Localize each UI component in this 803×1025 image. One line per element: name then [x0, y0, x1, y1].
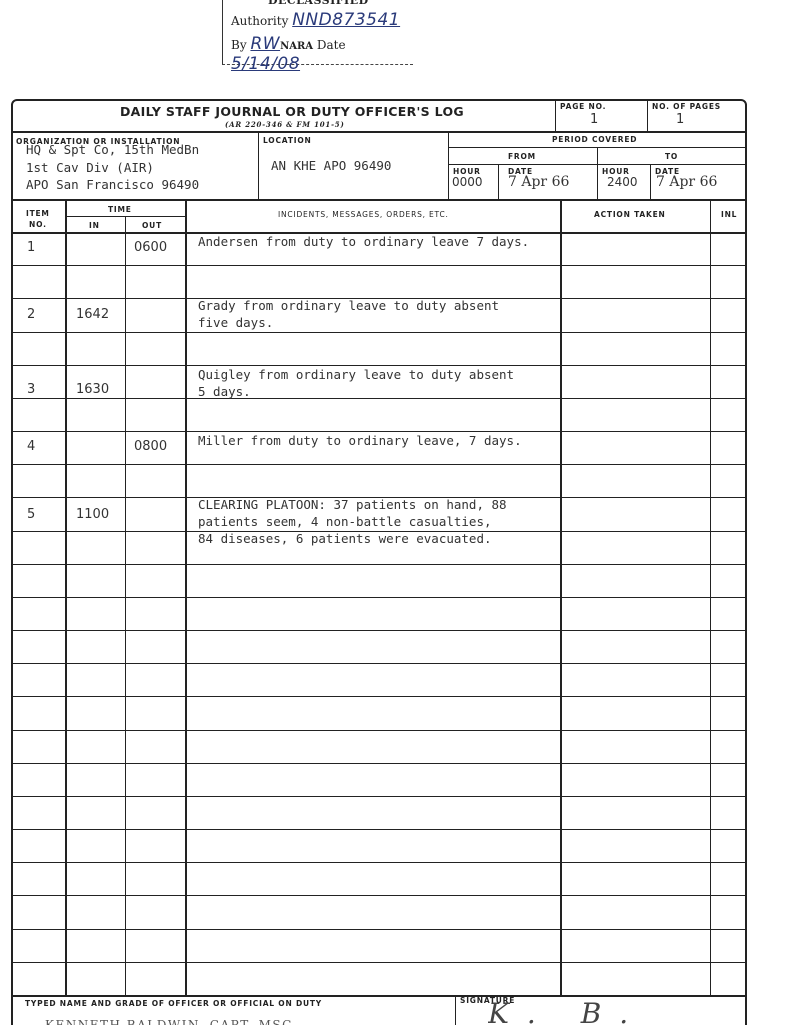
header-out: OUT [142, 221, 162, 230]
entry-1-out: 0600 [134, 240, 167, 255]
table-row-line [11, 763, 747, 764]
to-label: TO [665, 152, 678, 161]
by-label: By [231, 38, 247, 52]
entry-2-text-line-1: Grady from ordinary leave to duty absent [198, 297, 499, 314]
entry-3-text-line-2: 5 days. [198, 383, 251, 400]
num-pages-value: 1 [676, 112, 684, 127]
declassified-heading: DECLASSIFIED [268, 0, 369, 7]
table-row-line [11, 929, 747, 930]
form-title: DAILY STAFF JOURNAL OR DUTY OFFICER'S LO… [120, 104, 464, 119]
table-row-line [11, 696, 747, 697]
date-label: Date [317, 38, 346, 52]
entry-3-in: 1630 [76, 382, 109, 397]
table-row-line [11, 464, 747, 465]
table-row-line [11, 564, 747, 565]
from-hour-value: 0000 [452, 174, 483, 191]
entry-2-item: 2 [27, 307, 35, 322]
from-label: FROM [508, 152, 536, 161]
page-no-label: PAGE NO. [560, 102, 606, 111]
entry-4-out: 0800 [134, 439, 167, 454]
agency-label: NARA [280, 41, 313, 52]
entry-5-text-line-1: CLEARING PLATOON: 37 patients on hand, 8… [198, 496, 507, 513]
entry-5-text-line-3: 84 diseases, 6 patients were evacuated. [198, 530, 492, 547]
authority-value: NND873541 [292, 10, 400, 30]
table-row-line [11, 663, 747, 664]
table-row-line [11, 597, 747, 598]
page-no-value: 1 [590, 112, 598, 127]
typed-name-value: KENNETH BALDWIN, CAPT, MSC [45, 1017, 293, 1025]
organization-line-3: APO San Francisco 96490 [26, 176, 199, 193]
entry-2-in: 1642 [76, 307, 109, 322]
authority-line: Authority NND873541 [231, 10, 400, 30]
num-pages-label: NO. OF PAGES [652, 102, 721, 111]
authority-label: Authority [231, 14, 288, 28]
entry-3-item: 3 [27, 382, 35, 397]
to-hour-value: 2400 [607, 174, 638, 191]
table-row-line [11, 862, 747, 863]
entry-1-text: Andersen from duty to ordinary leave 7 d… [198, 233, 529, 250]
entry-4-text: Miller from duty to ordinary leave, 7 da… [198, 432, 522, 449]
organization-line-1: HQ & Spt Co, 15th MedBn [26, 141, 199, 158]
table-row-line [11, 630, 747, 631]
table-row-line [11, 730, 747, 731]
entry-2-text-line-2: five days. [198, 314, 273, 331]
table-row-line [11, 796, 747, 797]
header-in: IN [89, 221, 100, 230]
by-line: By RWNARA Date 5/14/08 [231, 34, 413, 74]
header-item: ITEM [26, 209, 50, 218]
form-subtitle: (AR 220-346 & FM 101-5) [225, 120, 345, 129]
to-date-value: 7 Apr 66 [656, 174, 717, 191]
entry-1-item: 1 [27, 240, 35, 255]
by-initials: RW [250, 34, 280, 54]
entry-5-item: 5 [27, 507, 35, 522]
table-row-line [11, 895, 747, 896]
table-row-line [11, 265, 747, 266]
header-time: TIME [108, 205, 132, 214]
stamp-date-value: 5/14/08 [231, 54, 300, 74]
header-incidents: INCIDENTS, MESSAGES, ORDERS, ETC. [278, 210, 449, 219]
header-item-no: NO. [29, 220, 47, 229]
from-date-value: 7 Apr 66 [508, 174, 569, 191]
typed-name-label: TYPED NAME AND GRADE OF OFFICER OR OFFIC… [25, 999, 322, 1008]
signature-value: K. B. Baldwin [488, 997, 803, 1025]
header-action-taken: ACTION TAKEN [594, 210, 666, 219]
declassification-stamp: DECLASSIFIED Authority NND873541 By RWNA… [222, 0, 413, 65]
header-inl: INL [721, 210, 737, 219]
period-covered-label: PERIOD COVERED [552, 135, 637, 144]
entry-5-in: 1100 [76, 507, 109, 522]
location-label: LOCATION [263, 136, 312, 145]
table-row-line [11, 829, 747, 830]
entry-5-text-line-2: patients seem, 4 non-battle casualties, [198, 513, 492, 530]
organization-line-2: 1st Cav Div (AIR) [26, 159, 154, 176]
table-row-line [11, 398, 747, 399]
entry-3-text-line-1: Quigley from ordinary leave to duty abse… [198, 366, 514, 383]
entry-4-item: 4 [27, 439, 35, 454]
table-row-line [11, 332, 747, 333]
table-row-line [11, 962, 747, 963]
location-value: AN KHE APO 96490 [271, 157, 391, 174]
